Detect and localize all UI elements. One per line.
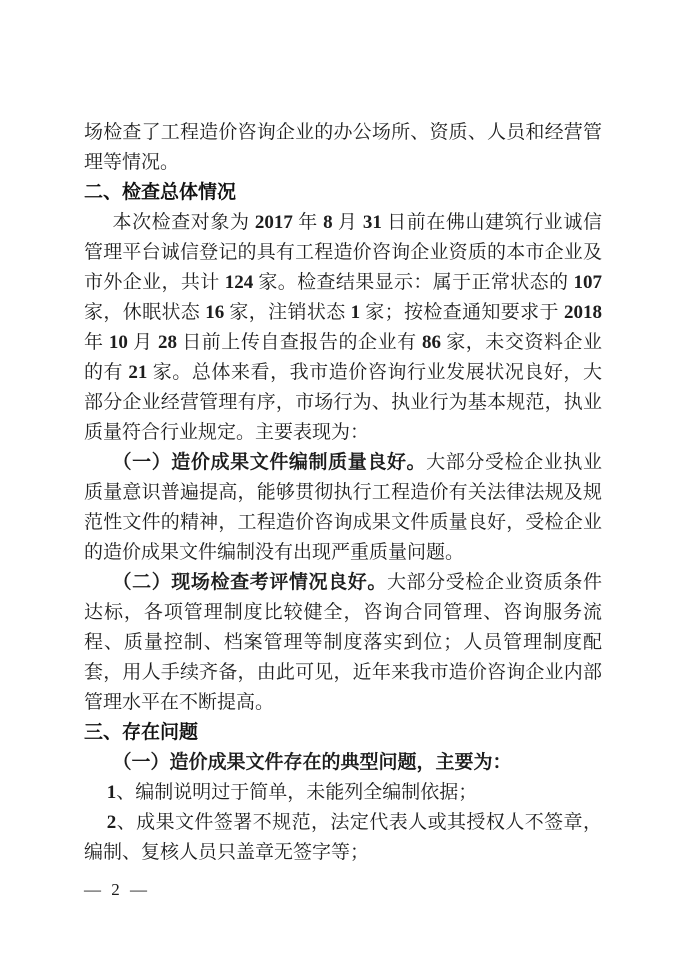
problem-item-2: 2、成果文件签署不规范，法定代表人或其授权人不签章，编制、复核人员只盖章无签字等…	[84, 808, 602, 868]
finding-2-paragraph: （二）现场检查考评情况良好。大部分受检企业资质条件达标，各项管理制度比较健全，咨…	[84, 568, 602, 718]
problem-item-1: 1、编制说明过于简单，未能列全编制依据；	[84, 778, 602, 808]
problem-item-2-number: 2	[107, 812, 117, 833]
page-number: — 2 —	[84, 880, 150, 900]
typical-problems-subheading: （一）造价成果文件存在的典型问题，主要为：	[84, 748, 602, 778]
overview-paragraph: 本次检查对象为 2017 年 8 月 31 日前在佛山建筑行业诚信管理平台诚信登…	[84, 208, 602, 448]
section-2-heading: 二、检查总体情况	[84, 178, 602, 208]
problem-item-1-text: 、编制说明过于简单，未能列全编制依据；	[116, 782, 477, 803]
document-page: 场检查了工程造价咨询企业的办公场所、资质、人员和经营管理等情况。 二、检查总体情…	[0, 0, 680, 962]
continuation-paragraph: 场检查了工程造价咨询企业的办公场所、资质、人员和经营管理等情况。	[84, 118, 602, 178]
section-3-heading: 三、存在问题	[84, 718, 602, 748]
finding-2-lead: （二）现场检查考评情况良好。	[113, 572, 387, 593]
finding-2-body: 大部分受检企业资质条件达标，各项管理制度比较健全，咨询合同管理、咨询服务流程、质…	[84, 572, 602, 713]
finding-1-lead: （一）造价成果文件编制质量良好。	[113, 452, 427, 473]
problem-item-1-number: 1	[107, 782, 117, 803]
finding-1-paragraph: （一）造价成果文件编制质量良好。大部分受检企业执业质量意识普遍提高，能够贯彻执行…	[84, 448, 602, 568]
problem-item-2-text: 、成果文件签署不规范，法定代表人或其授权人不签章，编制、复核人员只盖章无签字等；	[84, 812, 602, 863]
document-content: 场检查了工程造价咨询企业的办公场所、资质、人员和经营管理等情况。 二、检查总体情…	[84, 118, 602, 868]
